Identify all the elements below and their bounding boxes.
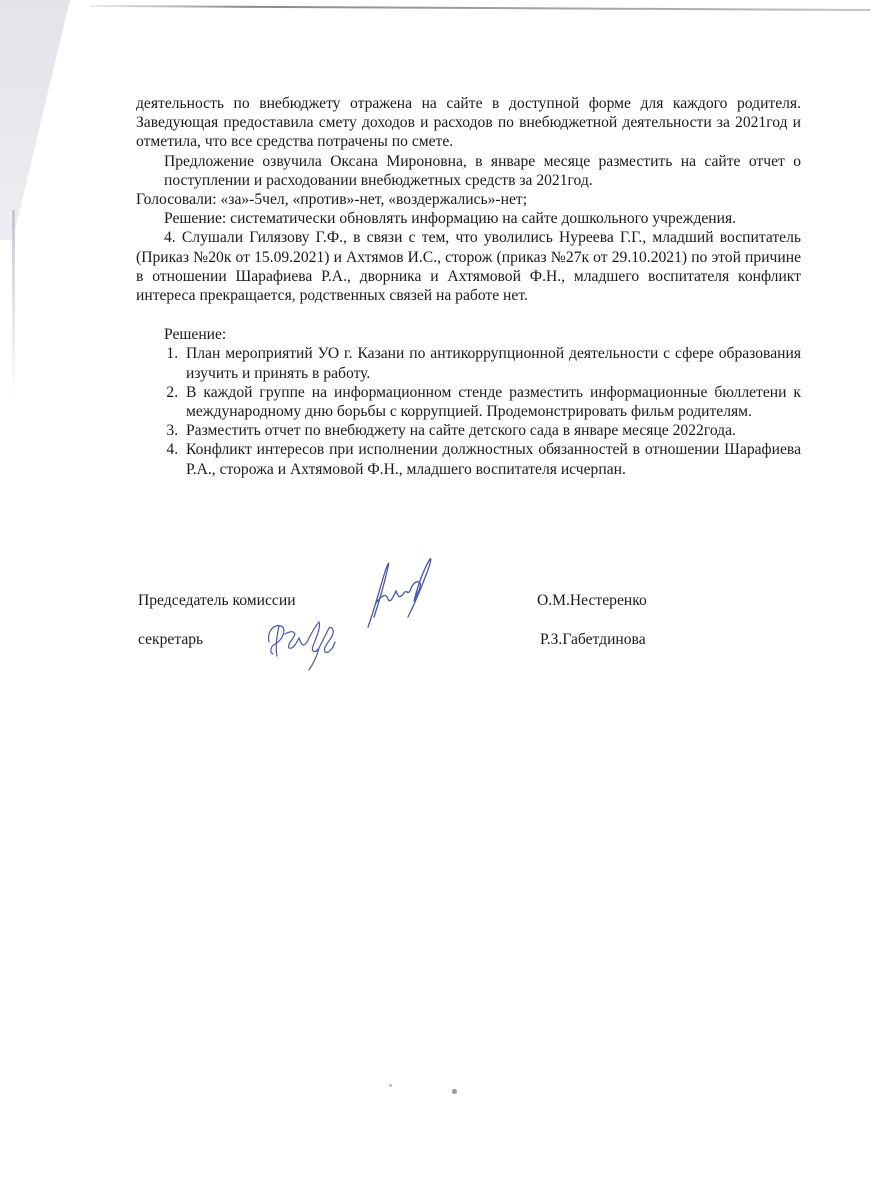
decision-heading: Решение: — [136, 325, 801, 344]
decision-item: План мероприятий УО г. Казани по антикор… — [182, 344, 801, 382]
document-body: деятельность по внебюджету отражена на с… — [136, 94, 801, 479]
chair-name: О.М.Нестеренко — [537, 592, 647, 610]
paragraph-resolution: Решение: систематически обновлять информ… — [136, 209, 801, 228]
chair-role: Председатель комиссии — [138, 592, 296, 610]
secretary-name: Р.З.Габетдинова — [540, 631, 646, 649]
scan-edge-top — [90, 5, 870, 11]
decision-item: В каждой группе на информационном стенде… — [182, 383, 801, 421]
decision-list: План мероприятий УО г. Казани по антикор… — [136, 344, 801, 478]
paragraph-item-4: 4. Слушали Гилязову Г.Ф., в связи с тем,… — [136, 228, 801, 305]
decision-item: Разместить отчет по внебюджету на сайте … — [182, 421, 801, 440]
secretary-signature-icon — [263, 612, 343, 672]
paragraph-proposal: Предложение озвучила Оксана Мироновна, в… — [136, 152, 801, 190]
paragraph-vote: Голосовали: «за»-5чел, «против»-нет, «во… — [136, 190, 801, 209]
decision-item: Конфликт интересов при исполнении должно… — [182, 440, 801, 478]
scan-shadow-corner — [0, 0, 70, 240]
scan-speck — [389, 1084, 392, 1087]
scan-speck — [452, 1089, 457, 1094]
scan-edge-left — [12, 210, 15, 400]
paragraph-budget-report: деятельность по внебюджету отражена на с… — [136, 94, 801, 152]
chair-signature-icon — [360, 555, 440, 635]
secretary-role: секретарь — [138, 631, 203, 649]
